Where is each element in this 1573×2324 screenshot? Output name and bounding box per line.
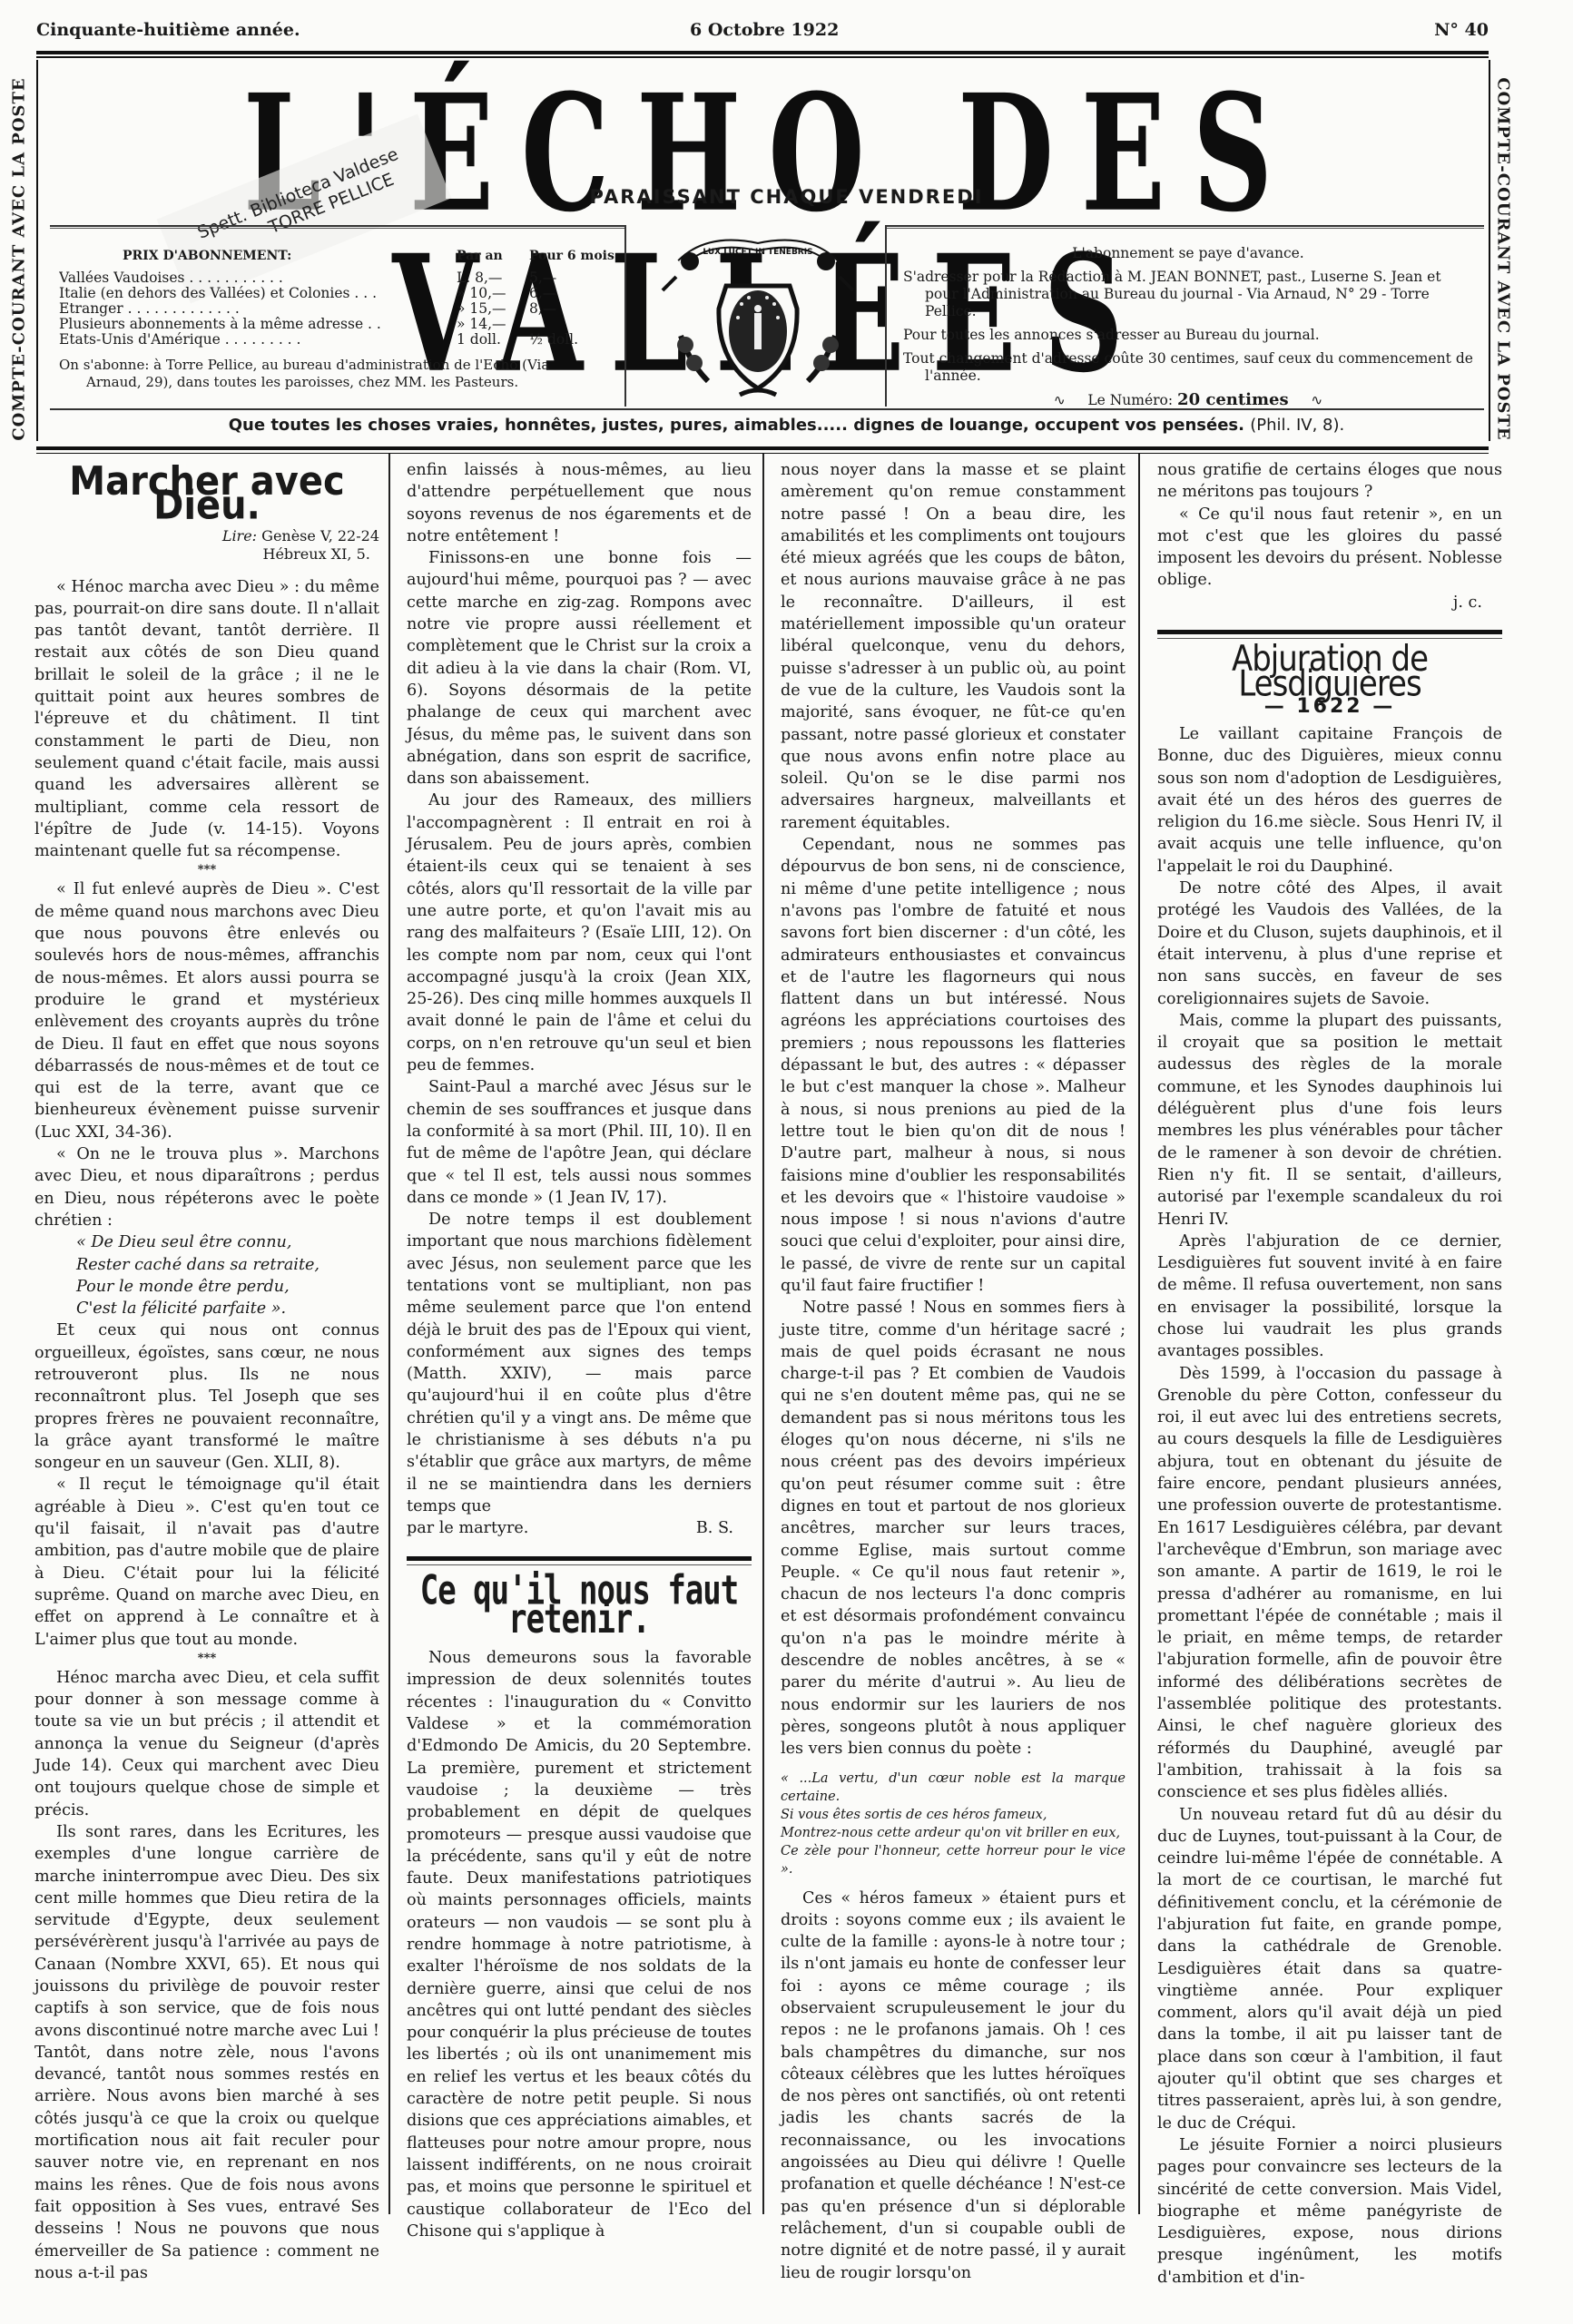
paragraph: De notre temps il est doublement importa… [407, 1209, 752, 1517]
scripture-motto: Que toutes les choses vraies, honnêtes, … [0, 416, 1573, 435]
motto-rule [50, 408, 1484, 412]
verse-quote: « ...La vertu, d'un cœur noble est la ma… [781, 1770, 1126, 1878]
issue-number: N° 40 [1434, 20, 1489, 40]
signature-line: par le martyre. B. S. [407, 1517, 752, 1539]
paragraph: Après l'abjuration de ce dernier, Lesdig… [1157, 1231, 1502, 1363]
advance-payment-note: L'abonnement se paye d'avance. [903, 245, 1473, 262]
paragraph: Cependant, nous ne sommes pas dépourvus … [781, 834, 1126, 1297]
column-divider [388, 454, 390, 2214]
lighthouse-shield-icon: LUX LUCET IN TENEBRIS [654, 227, 862, 408]
section-break: *** [34, 1651, 379, 1667]
col-header-year: Par an [457, 249, 529, 263]
article-separator [407, 1556, 752, 1565]
paragraph: « Il reçut le témoignage qu'il était agr… [34, 1474, 379, 1650]
paragraph: nous noyer dans la masse et se plaint am… [781, 459, 1126, 834]
column-3: nous noyer dans la masse et se plaint am… [781, 459, 1126, 2284]
paragraph: « Ce qu'il nous faut retenir », en un mo… [1157, 504, 1502, 592]
section-break: *** [34, 862, 379, 878]
paragraph: « Il fut enlevé auprès de Dieu ». C'est … [34, 878, 379, 1143]
side-text-right: COMPTE-COURANT AVEC LA POSTE [1489, 91, 1517, 427]
issue-info-bar: Cinquante-huitième année. 6 Octobre 1922… [36, 20, 1489, 47]
swirl-icon: ∿ [1311, 392, 1322, 408]
subscription-box: PRIX D'ABONNEMENT: Par an Pour 6 mois Va… [50, 225, 626, 407]
paragraph: Un nouveau retard fut dû au désir du duc… [1157, 1804, 1502, 2134]
paragraph: Finissons-en une bonne fois — aujourd'hu… [407, 547, 752, 789]
annonces-note: Pour toutes les annonces s'adresser au B… [903, 327, 1473, 344]
column-divider [762, 454, 764, 2214]
price-row: Etranger . . . . . . . . . . . . .» 15,—… [59, 301, 615, 317]
issue-price: ∿ Le Numéro: 20 centimes ∿ [903, 391, 1473, 409]
paragraph: Hénoc marcha avec Dieu, et cela suffit p… [34, 1667, 379, 1821]
paragraph: nous gratifie de certains éloges que nou… [1157, 459, 1502, 504]
paragraph: Le jésuite Fornier a noirci plusieurs pa… [1157, 2134, 1502, 2289]
price-row: Etats-Unis d'Amérique . . . . . . . . .1… [59, 332, 615, 348]
column-2: enfin laissés à nous-mêmes, au lieu d'at… [407, 459, 752, 2242]
price-row: Italie (en dehors des Vallées) et Coloni… [59, 286, 615, 301]
column-1: Marcher avec Dieu. Lire: Genèse V, 22-24… [34, 459, 379, 2284]
paragraph: « On ne le trouva plus ». Marchons avec … [34, 1143, 379, 1231]
subscription-title: PRIX D'ABONNEMENT: [59, 249, 457, 263]
paragraph: De notre côté des Alpes, il avait protég… [1157, 878, 1502, 1010]
paragraph: enfin laissés à nous-mêmes, au lieu d'at… [407, 459, 752, 547]
article-title-abjuration: Abjuration de Lesdiguières [1157, 646, 1502, 697]
col-header-half: Pour 6 mois [529, 249, 615, 263]
volume-label: Cinquante-huitième année. [36, 20, 300, 40]
author-signature: j. c. [1157, 592, 1502, 613]
left-frame-line [36, 60, 38, 441]
coat-of-arms-emblem: LUX LUCET IN TENEBRIS [654, 227, 862, 408]
paragraph: Notre passé ! Nous en sommes fiers à jus… [781, 1297, 1126, 1760]
side-text-left: COMPTE-COURANT AVEC LA POSTE [5, 91, 33, 427]
paragraph: Le vaillant capitaine François de Bonne,… [1157, 723, 1502, 878]
reading-references: Lire: Genèse V, 22-24 Hébreux XI, 5. [34, 527, 379, 564]
price-row: Vallées Vaudoises . . . . . . . . . . .L… [59, 270, 615, 286]
paragraph: « Hénoc marcha avec Dieu » : du même pas… [34, 576, 379, 863]
top-rule [36, 51, 1489, 58]
price-row: Plusieurs abonnements à la même adresse … [59, 317, 615, 332]
address-change-note: Tout changement d'adresse coûte 30 centi… [903, 350, 1473, 385]
swirl-icon: ∿ [1054, 392, 1066, 408]
paragraph: Ces « héros fameux » étaient purs et dro… [781, 1888, 1126, 2284]
poem: « De Dieu seul être connu, Rester caché … [34, 1231, 379, 1319]
paragraph: Saint-Paul a marché avec Jésus sur le ch… [407, 1076, 752, 1209]
subscription-note: On s'abonne: à Torre Pellice, au bureau … [59, 357, 615, 391]
issue-date: 6 Octobre 1922 [690, 20, 839, 40]
paragraph: Et ceux qui nous ont connus orgueilleux,… [34, 1319, 379, 1474]
column-divider [1138, 454, 1140, 2214]
column-4: nous gratifie de certains éloges que nou… [1157, 459, 1502, 2289]
author-signature: B. S. [696, 1517, 752, 1539]
svg-text:LUX LUCET IN TENEBRIS: LUX LUCET IN TENEBRIS [703, 248, 812, 257]
article-title-marcher: Marcher avec Dieu. [34, 470, 379, 518]
paragraph: Mais, comme la plupart des puissants, il… [1157, 1010, 1502, 1231]
paragraph: Dès 1599, à l'occasion du passage à Gren… [1157, 1363, 1502, 1804]
paragraph: Au jour des Rameaux, des milliers l'acco… [407, 789, 752, 1076]
paragraph: Nous demeurons sous la favorable impress… [407, 1647, 752, 2242]
info-box: L'abonnement se paye d'avance. S'adresse… [885, 225, 1484, 407]
article-title-retenir: Ce qu'il nous faut retenir. [407, 1576, 752, 1633]
redaction-address: S'adresser pour la Rédaction à M. JEAN B… [903, 269, 1473, 320]
header-bottom-rule [36, 446, 1489, 454]
paragraph: Ils sont rares, dans les Ecritures, les … [34, 1821, 379, 2284]
